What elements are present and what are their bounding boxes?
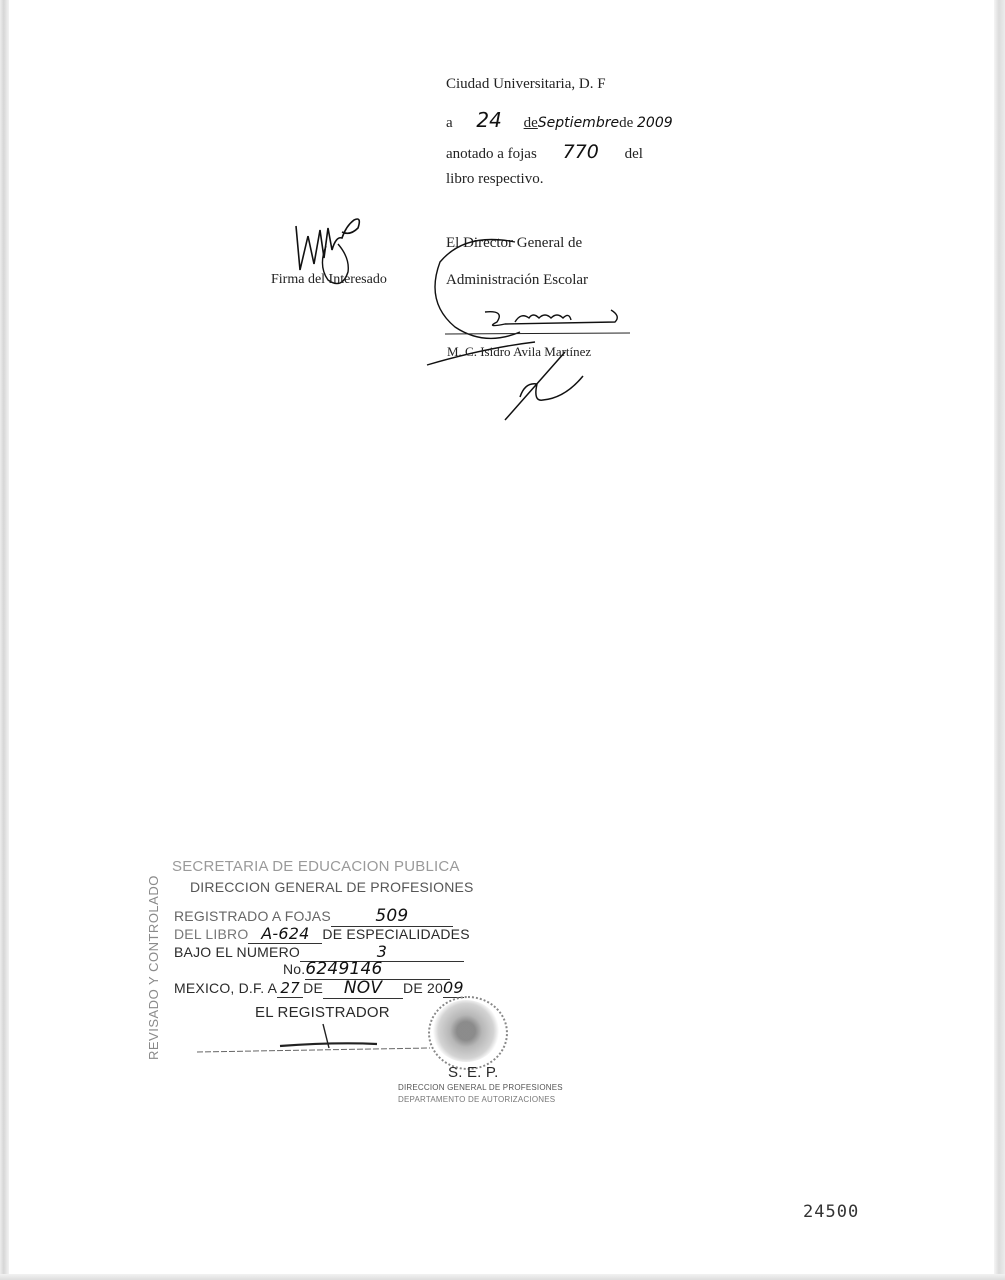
stamp-date-year-suffix: 09	[443, 978, 464, 997]
sep-stamp-line1: DIRECCION GENERAL DE PROFESIONES	[398, 1083, 563, 1092]
interested-signature-label: Firma del Interesado	[271, 272, 387, 288]
stamp-libro-row: DEL LIBROA-624DE ESPECIALIDADES	[174, 924, 470, 944]
date-year-handwritten: 2009	[637, 115, 673, 131]
stamp-no-label: No.	[283, 961, 305, 977]
date-line: a 24 deSeptiembrede 2009	[446, 108, 673, 132]
revisado-side-stamp: REVISADO Y CONTROLADO	[146, 875, 161, 1060]
sep-seal-emblem	[432, 1000, 500, 1062]
stamp-date-prefix: MEXICO, D.F. A	[174, 980, 277, 996]
date-de-2: de	[619, 115, 633, 131]
page-edge-left	[0, 0, 9, 1280]
stamp-libro-label: DEL LIBRO	[174, 926, 248, 942]
place-line: Ciudad Universitaria, D. F	[446, 76, 606, 93]
stamp-numero-label: BAJO EL NUMERO	[174, 944, 300, 960]
stamp-no-row: No.6249146	[283, 959, 450, 980]
annotation-prefix: anotado a fojas	[446, 146, 537, 162]
director-signature	[425, 232, 635, 424]
page-number: 24500	[803, 1202, 859, 1222]
page-edge-right	[994, 0, 1005, 1280]
date-month-handwritten: Septiembre	[538, 115, 619, 131]
date-day-handwritten: 24	[476, 108, 501, 132]
stamp-fojas-label: REGISTRADO A FOJAS	[174, 908, 331, 924]
stamp-header-line1: SECRETARIA DE EDUCACION PUBLICA	[172, 858, 460, 875]
sep-stamp-title: S. E. P.	[448, 1064, 499, 1081]
sep-stamp-line2: DEPARTAMENTO DE AUTORIZACIONES	[398, 1095, 555, 1104]
stamp-libro-suffix: DE ESPECIALIDADES	[322, 926, 469, 942]
stamp-no-value: 6249146	[305, 959, 382, 979]
annotation-suffix: del	[625, 146, 643, 162]
stamp-fojas-value: 509	[375, 906, 408, 926]
registrar-signature	[195, 1022, 435, 1058]
stamp-header-line2: DIRECCION GENERAL DE PROFESIONES	[190, 879, 474, 895]
book-line: libro respectivo.	[446, 171, 543, 188]
annotation-line: anotado a fojas 770 del	[446, 141, 643, 163]
stamp-date-month: NOV	[344, 978, 382, 998]
stamp-date-row: MEXICO, D.F. A27DENOVDE 2009	[174, 978, 464, 999]
date-prefix: a	[446, 115, 453, 131]
date-de-1: de	[524, 115, 538, 131]
stamp-date-day: 27	[280, 979, 300, 997]
director-name: M. C. Isidro Avila Martínez	[447, 344, 591, 360]
stamp-registrar-label: EL REGISTRADOR	[255, 1004, 390, 1021]
page-edge-bottom	[0, 1274, 1005, 1280]
stamp-date-de2: DE 20	[403, 980, 443, 996]
stamp-libro-value: A-624	[261, 924, 309, 943]
fojas-handwritten: 770	[563, 141, 599, 163]
stamp-date-de1: DE	[303, 980, 323, 996]
